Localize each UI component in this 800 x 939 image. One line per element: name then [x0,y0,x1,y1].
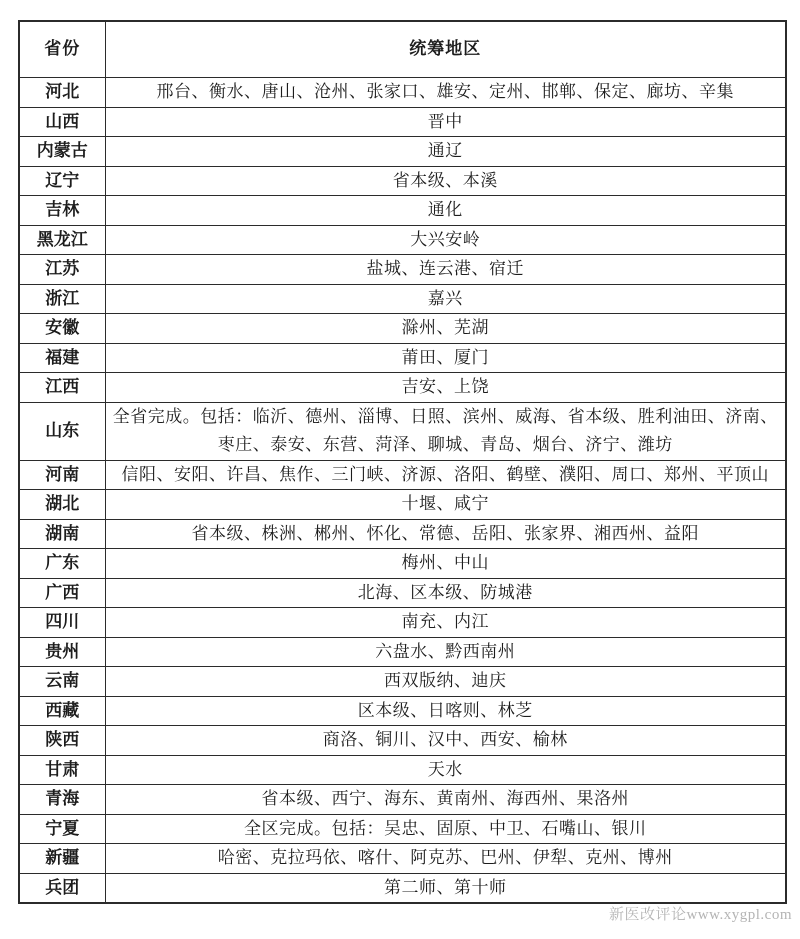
province-cell: 河南 [19,460,105,490]
regions-cell: 嘉兴 [105,284,786,314]
table-header-row: 省份 统筹地区 [19,21,786,78]
regions-cell: 北海、区本级、防城港 [105,578,786,608]
table-row: 宁夏全区完成。包括：吴忠、固原、中卫、石嘴山、银川 [19,814,786,844]
regions-cell: 晋中 [105,107,786,137]
province-cell: 四川 [19,608,105,638]
regions-cell: 省本级、本溪 [105,166,786,196]
regions-cell: 天水 [105,755,786,785]
province-cell: 山东 [19,402,105,460]
regions-cell: 区本级、日喀则、林芝 [105,696,786,726]
document-page: 省份 统筹地区 河北邢台、衡水、唐山、沧州、张家口、雄安、定州、邯郸、保定、廊坊… [0,0,800,939]
province-cell: 江苏 [19,255,105,285]
province-cell: 西藏 [19,696,105,726]
table-row: 福建莆田、厦门 [19,343,786,373]
regions-cell: 全区完成。包括：吴忠、固原、中卫、石嘴山、银川 [105,814,786,844]
province-cell: 宁夏 [19,814,105,844]
table-row: 贵州六盘水、黔西南州 [19,637,786,667]
table-row: 山东全省完成。包括：临沂、德州、淄博、日照、滨州、威海、省本级、胜利油田、济南、… [19,402,786,460]
province-cell: 辽宁 [19,166,105,196]
table-row: 黑龙江大兴安岭 [19,225,786,255]
table-row: 兵团第二师、第十师 [19,873,786,903]
table-row: 浙江嘉兴 [19,284,786,314]
table-row: 湖南省本级、株洲、郴州、怀化、常德、岳阳、张家界、湘西州、益阳 [19,519,786,549]
table-row: 广东梅州、中山 [19,549,786,579]
table-row: 河北邢台、衡水、唐山、沧州、张家口、雄安、定州、邯郸、保定、廊坊、辛集 [19,78,786,108]
regions-cell: 哈密、克拉玛依、喀什、阿克苏、巴州、伊犁、克州、博州 [105,844,786,874]
province-cell: 黑龙江 [19,225,105,255]
regions-cell: 六盘水、黔西南州 [105,637,786,667]
regions-cell: 盐城、连云港、宿迁 [105,255,786,285]
table-row: 青海省本级、西宁、海东、黄南州、海西州、果洛州 [19,785,786,815]
table-row: 广西北海、区本级、防城港 [19,578,786,608]
province-cell: 山西 [19,107,105,137]
province-cell: 浙江 [19,284,105,314]
table-row: 湖北十堰、咸宁 [19,490,786,520]
table-row: 内蒙古通辽 [19,137,786,167]
table-row: 安徽滁州、芜湖 [19,314,786,344]
province-cell: 湖北 [19,490,105,520]
province-cell: 江西 [19,373,105,403]
table-body: 河北邢台、衡水、唐山、沧州、张家口、雄安、定州、邯郸、保定、廊坊、辛集山西晋中内… [19,78,786,904]
regions-cell: 西双版纳、迪庆 [105,667,786,697]
regions-cell: 通化 [105,196,786,226]
regions-cell: 全省完成。包括：临沂、德州、淄博、日照、滨州、威海、省本级、胜利油田、济南、枣庄… [105,402,786,460]
regions-cell: 省本级、株洲、郴州、怀化、常德、岳阳、张家界、湘西州、益阳 [105,519,786,549]
province-cell: 新疆 [19,844,105,874]
province-cell: 青海 [19,785,105,815]
table-row: 江苏盐城、连云港、宿迁 [19,255,786,285]
table-row: 山西晋中 [19,107,786,137]
regions-cell: 信阳、安阳、许昌、焦作、三门峡、济源、洛阳、鹤壁、濮阳、周口、郑州、平顶山 [105,460,786,490]
province-column-header: 省份 [19,21,105,78]
watermark-text: 新医改评论www.xygpl.com [609,903,792,924]
province-cell: 福建 [19,343,105,373]
province-cell: 内蒙古 [19,137,105,167]
regions-cell: 梅州、中山 [105,549,786,579]
table-row: 西藏区本级、日喀则、林芝 [19,696,786,726]
province-cell: 云南 [19,667,105,697]
table-row: 吉林通化 [19,196,786,226]
table-row: 云南西双版纳、迪庆 [19,667,786,697]
table-row: 陕西商洛、铜川、汉中、西安、榆林 [19,726,786,756]
province-cell: 贵州 [19,637,105,667]
province-cell: 湖南 [19,519,105,549]
table-row: 辽宁省本级、本溪 [19,166,786,196]
province-cell: 陕西 [19,726,105,756]
regions-cell: 吉安、上饶 [105,373,786,403]
province-cell: 安徽 [19,314,105,344]
province-cell: 广西 [19,578,105,608]
regions-column-header: 统筹地区 [105,21,786,78]
province-regions-table: 省份 统筹地区 河北邢台、衡水、唐山、沧州、张家口、雄安、定州、邯郸、保定、廊坊… [18,20,787,904]
regions-cell: 商洛、铜川、汉中、西安、榆林 [105,726,786,756]
table-row: 新疆哈密、克拉玛依、喀什、阿克苏、巴州、伊犁、克州、博州 [19,844,786,874]
province-cell: 甘肃 [19,755,105,785]
regions-cell: 南充、内江 [105,608,786,638]
province-cell: 兵团 [19,873,105,903]
province-cell: 吉林 [19,196,105,226]
regions-cell: 滁州、芜湖 [105,314,786,344]
table-row: 甘肃天水 [19,755,786,785]
regions-cell: 大兴安岭 [105,225,786,255]
table-row: 江西吉安、上饶 [19,373,786,403]
regions-cell: 邢台、衡水、唐山、沧州、张家口、雄安、定州、邯郸、保定、廊坊、辛集 [105,78,786,108]
province-cell: 河北 [19,78,105,108]
regions-cell: 莆田、厦门 [105,343,786,373]
regions-cell: 第二师、第十师 [105,873,786,903]
province-cell: 广东 [19,549,105,579]
table-row: 四川南充、内江 [19,608,786,638]
regions-cell: 通辽 [105,137,786,167]
regions-cell: 省本级、西宁、海东、黄南州、海西州、果洛州 [105,785,786,815]
table-row: 河南信阳、安阳、许昌、焦作、三门峡、济源、洛阳、鹤壁、濮阳、周口、郑州、平顶山 [19,460,786,490]
regions-cell: 十堰、咸宁 [105,490,786,520]
